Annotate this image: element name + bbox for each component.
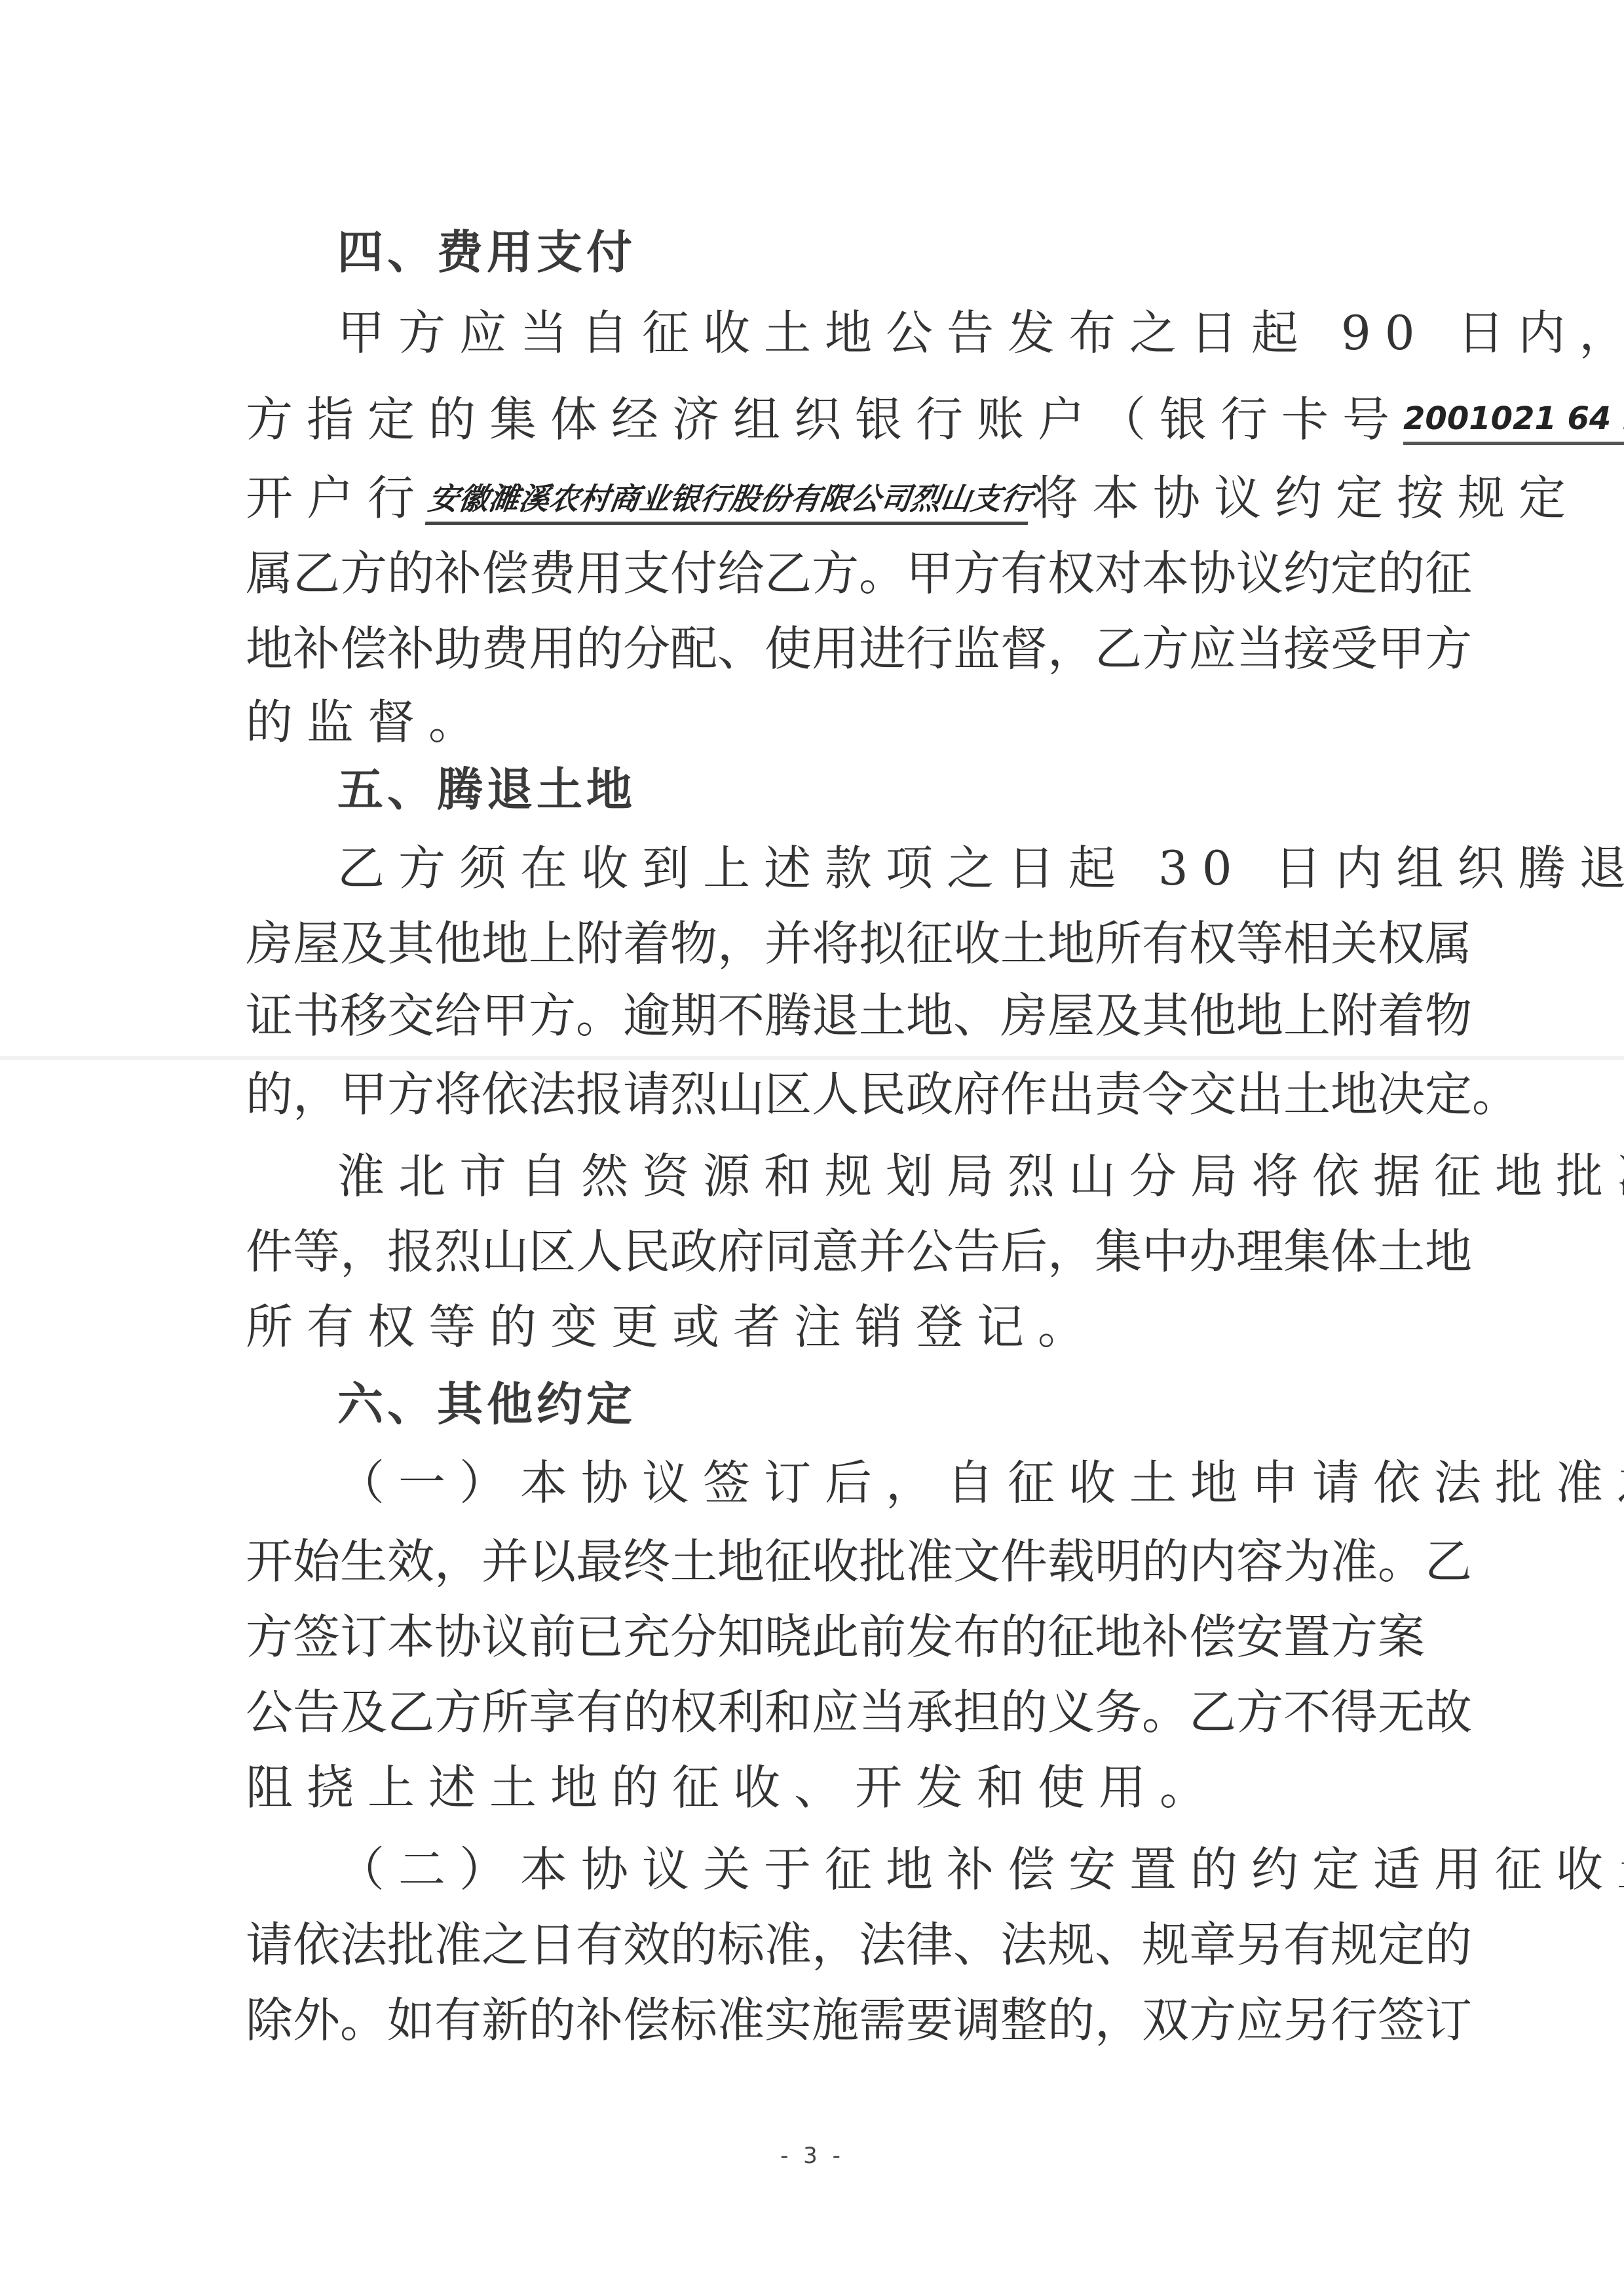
paragraph-line: （一）本协议签订后，自征收土地申请依法批准之日起 (337, 1450, 1386, 1516)
paragraph-line: 除外。如有新的补偿标准实施需要调整的，双方应另行签订 (246, 1987, 1386, 2053)
paragraph-line: 的监督。 (246, 689, 1386, 755)
bank-card-label: 方指定的集体经济组织银行账户（银行卡号 (246, 392, 1403, 447)
bank-name-label: 开户行 (246, 470, 428, 526)
paragraph-line: 房屋及其他地上附着物，并将拟征收土地所有权等相关权属 (246, 911, 1386, 976)
paragraph-line: 开始生效，并以最终土地征收批准文件载明的内容为准。乙 (246, 1529, 1386, 1594)
paragraph-line: 甲方应当自征收土地公告发布之日起 90 日内，通过乙 (337, 300, 1386, 366)
paragraph-line: 地补偿补助费用的分配、使用进行监督，乙方应当接受甲方 (246, 616, 1386, 681)
section-heading-other-terms: 六、其他约定 (337, 1371, 636, 1437)
document-page: 四、费用支付 甲方应当自征收土地公告发布之日起 90 日内，通过乙 方指定的集体… (0, 0, 1624, 2296)
paragraph-line: 件等，报烈山区人民政府同意并公告后，集中办理集体土地 (246, 1219, 1386, 1284)
page-number: - 3 - (747, 2143, 878, 2169)
paragraph-line: （二）本协议关于征地补偿安置的约定适用征收土地申 (337, 1837, 1386, 1902)
scan-seam-line (0, 1056, 1624, 1060)
paragraph-text: 将本协议约定按规定 (1031, 470, 1579, 526)
section-heading-payment: 四、费用支付 (337, 220, 636, 285)
paragraph-line: 公告及乙方所享有的权利和应当承担的义务。乙方不得无故 (246, 1679, 1386, 1745)
paragraph-line: 的，甲方将依法报请烈山区人民政府作出责令交出土地决定。 (246, 1062, 1386, 1127)
paragraph-line: 请依法批准之日有效的标准，法律、法规、规章另有规定的 (246, 1912, 1386, 1978)
paragraph-line-bank-name: 开户行安徽濉溪农村商业银行股份有限公司烈山支行将本协议约定按规定 (246, 465, 1386, 531)
paragraph-line: 乙方须在收到上述款项之日起 30 日内组织腾退土地、 (337, 835, 1386, 901)
paragraph-line: 阻挠上述土地的征收、开发和使用。 (246, 1755, 1386, 1820)
paragraph-line: 淮北市自然资源和规划局烈山分局将依据征地批准文 (337, 1143, 1386, 1209)
paragraph-line: 方签订本协议前已充分知晓此前发布的征地补偿安置方案 (246, 1604, 1386, 1670)
paragraph-line: 所有权等的变更或者注销登记。 (246, 1294, 1386, 1360)
handwritten-bank-name: 安徽濉溪农村商业银行股份有限公司烈山支行 (425, 476, 1035, 525)
paragraph-line: 属乙方的补偿费用支付给乙方。甲方有权对本协议约定的征 (246, 541, 1386, 606)
section-heading-land-vacating: 五、腾退土地 (337, 757, 636, 822)
handwritten-bank-card-number: 2001021 64 1000000251 (1403, 396, 1624, 445)
paragraph-line: 证书移交给甲方。逾期不腾退土地、房屋及其他地上附着物 (246, 983, 1386, 1048)
paragraph-line-bank-card: 方指定的集体经济组织银行账户（银行卡号2001021 64 1000000251 (246, 387, 1386, 452)
